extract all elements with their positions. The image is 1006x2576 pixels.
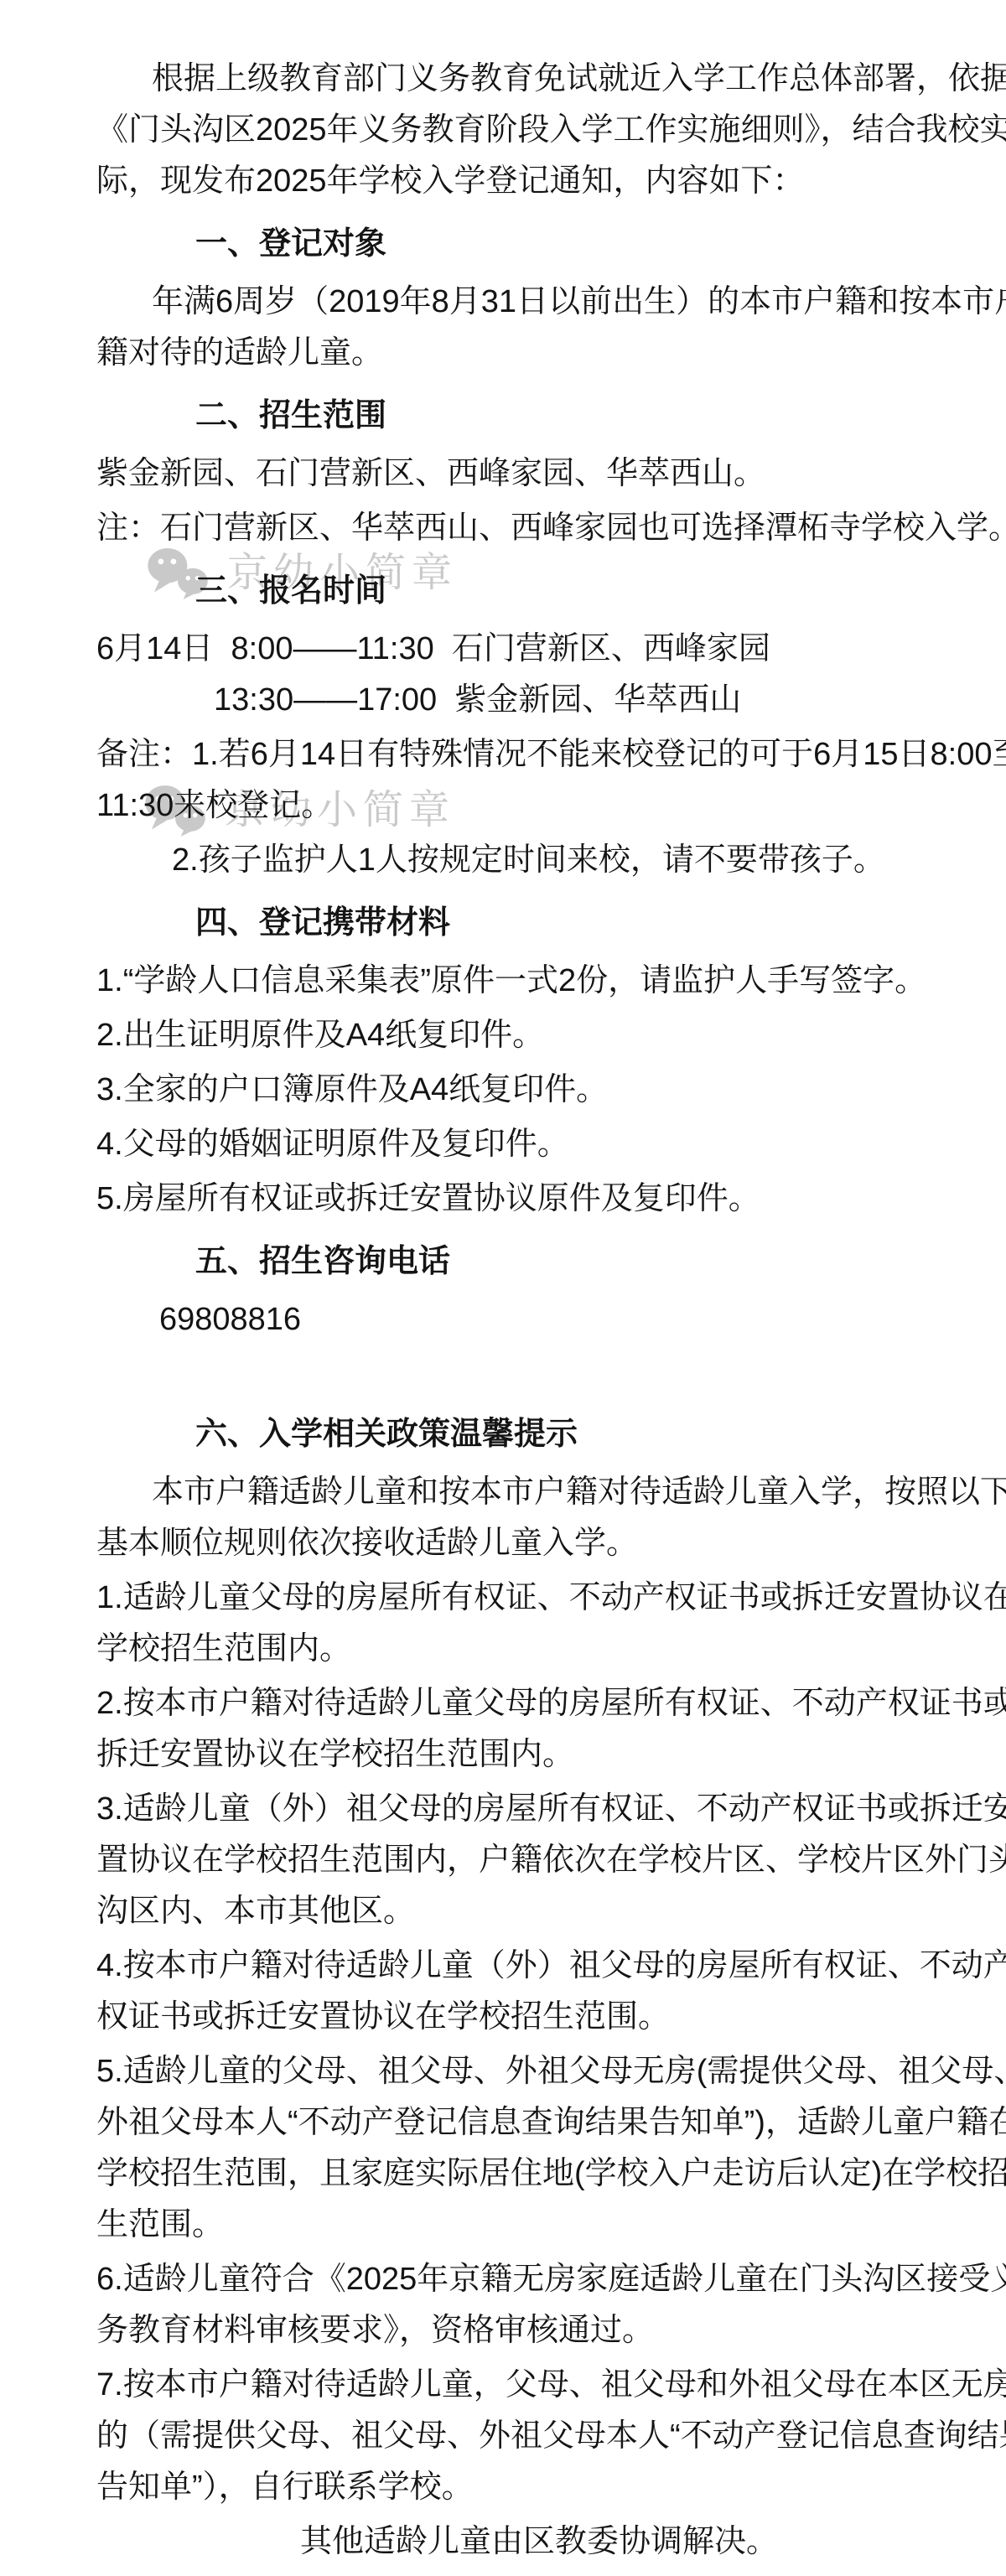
text-line: 备注：1.若6月14日有特殊情况不能来校登记的可于6月15日8:00至 xyxy=(96,729,922,780)
text-line: 其他适龄儿童由区教委协调解决。 xyxy=(96,2516,922,2568)
text-line: 3.全家的户口簿原件及A4纸复印件。 xyxy=(96,1065,922,1116)
text-line: 学校招生范围内。 xyxy=(96,1624,922,1675)
text-line: 外祖父母本人“不动产登记信息查询结果告知单”)，适龄儿童户籍在 xyxy=(96,2097,922,2148)
text-line: 2.按本市户籍对待适龄儿童父母的房屋所有权证、不动产权证书或 xyxy=(96,1678,922,1729)
text-line: 生范围。 xyxy=(96,2200,922,2251)
phone-number: 69808816 xyxy=(96,1294,922,1345)
intro-line: 际，现发布2025年学校入学登记通知，内容如下： xyxy=(96,156,922,207)
text-line: 年满6周岁（2019年8月31日以前出生）的本市户籍和按本市户 xyxy=(96,277,922,328)
text-line: 紫金新园、石门营新区、西峰家园、华萃西山。 xyxy=(96,448,922,500)
text-line: 本市户籍适龄儿童和按本市户籍对待适龄儿童入学，按照以下 xyxy=(96,1467,922,1518)
text-line: 13:30——17:00 紫金新园、华萃西山 xyxy=(96,675,922,726)
text-line: 的（需提供父母、祖父母、外祖父母本人“不动产登记信息查询结果 xyxy=(96,2411,922,2462)
text-line: 置协议在学校招生范围内，户籍依次在学校片区、学校片区外门头 xyxy=(96,1835,922,1886)
text-line: 11:30来校登记。 xyxy=(96,780,922,832)
text-line: 权证书或拆迁安置协议在学校招生范围。 xyxy=(96,1992,922,2043)
text-line: 7.按本市户籍对待适龄儿童，父母、祖父母和外祖父母在本区无房 xyxy=(96,2360,922,2411)
enrollment-notice-document: 京幼小简章 京幼小简章 根据上级教育部门义务教育免试就近入学工作总体部署，依据 … xyxy=(0,0,1006,2576)
section-heading: 一、登记对象 xyxy=(195,219,922,270)
section-heading: 三、报名时间 xyxy=(195,566,922,617)
text-line: 告知单”），自行联系学校。 xyxy=(96,2462,922,2513)
text-line: 2.孩子监护人1人按规定时间来校，请不要带孩子。 xyxy=(96,835,922,886)
section-heading: 二、招生范围 xyxy=(195,391,922,442)
text-line: 拆迁安置协议在学校招生范围内。 xyxy=(96,1729,922,1780)
text-line: 籍对待的适龄儿童。 xyxy=(96,328,922,379)
text-line: 4.按本市户籍对待适龄儿童（外）祖父母的房屋所有权证、不动产 xyxy=(96,1941,922,1992)
text-line: 6.适龄儿童符合《2025年京籍无房家庭适龄儿童在门头沟区接受义 xyxy=(96,2254,922,2305)
text-line: 2.出生证明原件及A4纸复印件。 xyxy=(96,1010,922,1061)
text-line: 1.“学龄人口信息采集表”原件一式2份，请监护人手写签字。 xyxy=(96,956,922,1007)
text-line: 注：石门营新区、华萃西山、西峰家园也可选择潭柘寺学校入学。 xyxy=(96,503,922,554)
text-line: 基本顺位规则依次接收适龄儿童入学。 xyxy=(96,1518,922,1569)
text-line: 6月14日 8:00——11:30 石门营新区、西峰家园 xyxy=(96,624,922,675)
intro-line: 根据上级教育部门义务教育免试就近入学工作总体部署，依据 xyxy=(96,54,922,105)
text-line: 沟区内、本市其他区。 xyxy=(96,1886,922,1937)
section-heading: 五、招生咨询电话 xyxy=(195,1236,922,1288)
section-heading: 四、登记携带材料 xyxy=(195,898,922,949)
intro-line: 《门头沟区2025年义务教育阶段入学工作实施细则》，结合我校实 xyxy=(96,105,922,156)
text-line: 务教育材料审核要求》，资格审核通过。 xyxy=(96,2305,922,2356)
text-line: 5.房屋所有权证或拆迁安置协议原件及复印件。 xyxy=(96,1174,922,1225)
text-line: 4.父母的婚姻证明原件及复印件。 xyxy=(96,1119,922,1170)
text-line: 5.适龄儿童的父母、祖父母、外祖父母无房(需提供父母、祖父母、 xyxy=(96,2046,922,2097)
text-line: 1.适龄儿童父母的房屋所有权证、不动产权证书或拆迁安置协议在 xyxy=(96,1573,922,1624)
text-line: 3.适龄儿童（外）祖父母的房屋所有权证、不动产权证书或拆迁安 xyxy=(96,1784,922,1835)
section-heading: 六、入学相关政策温馨提示 xyxy=(195,1409,922,1460)
text-line: 学校招生范围，且家庭实际居住地(学校入户走访后认定)在学校招 xyxy=(96,2148,922,2200)
